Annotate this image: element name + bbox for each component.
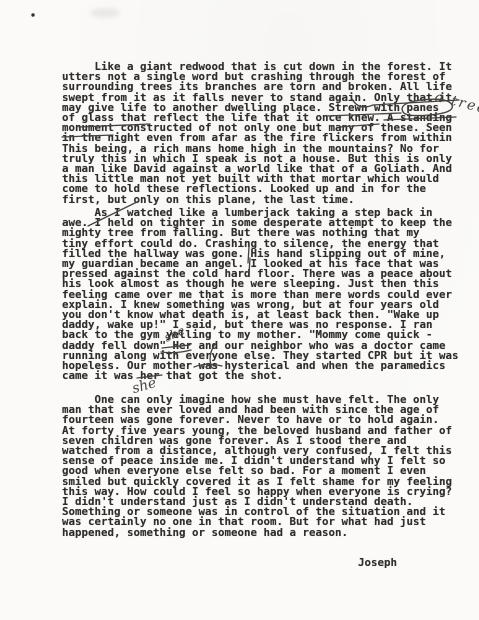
ink-dot bbox=[31, 13, 34, 16]
paragraph-3: One can only imagine how she must have f… bbox=[62, 395, 452, 538]
signature: Joseph bbox=[358, 558, 397, 568]
paragraph-2: As I watched like a lumberjack taking a … bbox=[62, 208, 459, 381]
paper-smudge bbox=[90, 8, 120, 18]
typed-page: Like a giant redwood that is cut down in… bbox=[0, 0, 479, 620]
paragraph-1: Like a giant redwood that is cut down in… bbox=[62, 62, 452, 205]
